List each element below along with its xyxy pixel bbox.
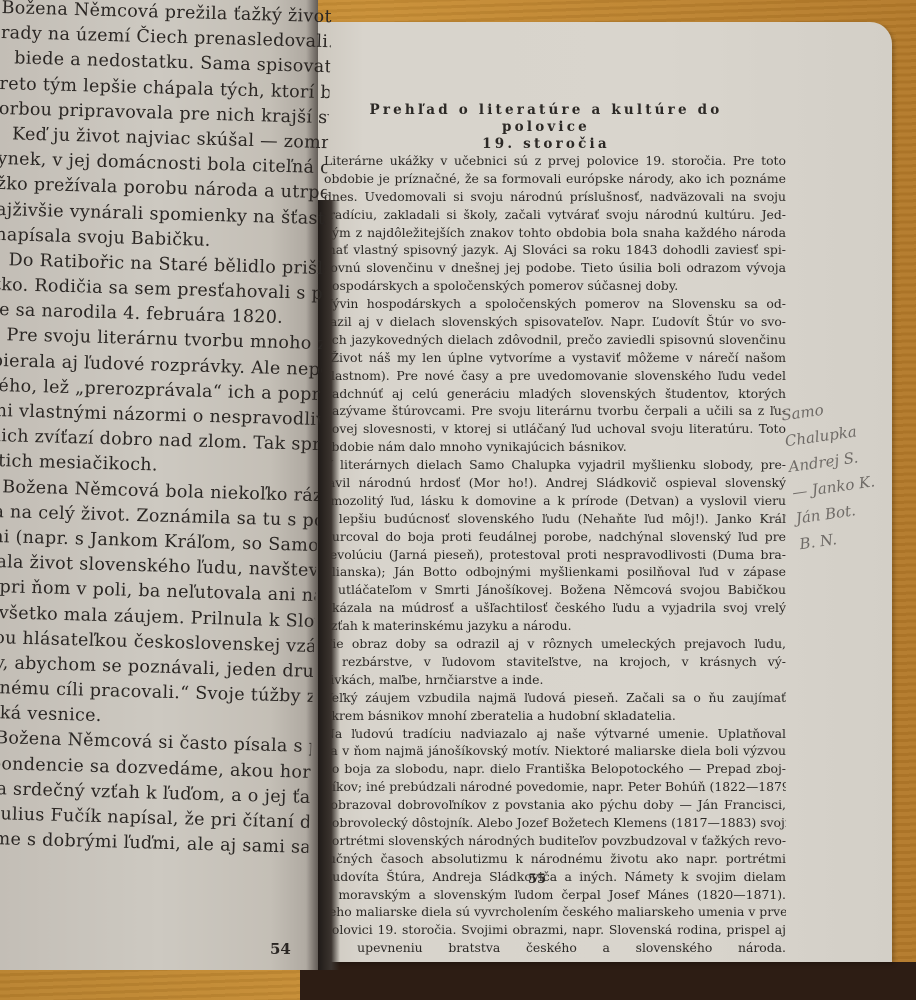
text-line: dlianska); Ján Botto odbojnými myšlienka… (324, 563, 786, 581)
text-line: dnes. Uvedomovali si svoju národnú prísl… (324, 188, 786, 206)
text-line: z moravským a slovenským ľudom čerpal Jo… (324, 886, 786, 904)
text-line: okrem básnikov mnohí zberatelia a hudobn… (324, 707, 786, 725)
text-line: polovici 19. storočia. Svojimi obrazmi, … (324, 921, 786, 939)
text-line: hospodárskych a spoločenských pomerov sú… (324, 277, 786, 295)
text-line: k upevneniu bratstva českého a slovenské… (324, 939, 786, 957)
text-line: revolúciu (Jarná pieseň), protestoval pr… (324, 546, 786, 564)
text-line: Vývin hospodárskych a spoločenských pome… (324, 295, 786, 313)
text-line: Literárne ukážky v učebnici sú z prvej p… (324, 152, 786, 170)
text-line: sovnú slovenčinu v dnešnej jej podobe. T… (324, 259, 786, 277)
text-line: lučných časoch absolutizmu k národnému ž… (324, 850, 786, 868)
page-number-left: 54 (270, 940, 291, 958)
text-line: portrétmi slovenských národných buditeľo… (324, 832, 786, 850)
left-page: Božena Němcová prežila ťažký život. Ajra… (0, 0, 318, 970)
text-line: do boja za slobodu, napr. dielo Františk… (324, 760, 786, 778)
left-page-body: Božena Němcová prežila ťažký život. Ajra… (0, 0, 332, 861)
book-shadow (300, 962, 916, 1000)
text-line: vlastnom). Pre nové časy a pre uvedomova… (324, 367, 786, 385)
text-line: vzťah k materinskému jazyku a národu. (324, 617, 786, 635)
text-line: ným z najdôležitejších znakov tohto obdo… (324, 224, 786, 242)
text-line: ukázala na múdrosť a ušľachtilosť českéh… (324, 599, 786, 617)
right-page-body: Literárne ukážky v učebnici sú z prvej p… (324, 152, 786, 957)
text-line: jich jazykovedných dielach zdôvodnil, pr… (324, 331, 786, 349)
text-line: Na ľudovú tradíciu nadviazalo aj naše vý… (324, 725, 786, 743)
text-line: nazývame štúrovcami. Pre svoju literárnu… (324, 402, 786, 420)
text-line: v rezbárstve, v ľudovom staviteľstve, na… (324, 653, 786, 671)
text-line: obdobie je príznačné, že sa formovali eu… (324, 170, 786, 188)
text-line: javil národnú hrdosť (Mor ho!). Andrej S… (324, 474, 786, 492)
handwritten-margin-notes: Samo ChalupkaAndrej S.— Janko K.Ján Bot.… (780, 389, 901, 557)
text-line: dobrovolecký dôstojník. Alebo Jozef Bože… (324, 814, 786, 832)
text-line: obdobie nám dalo mnoho vynikajúcich básn… (324, 438, 786, 456)
text-line: dovej slovesnosti, v ktorej si utláčaný … (324, 420, 786, 438)
text-line: nadchnúť aj celú generáciu mladých slove… (324, 385, 786, 403)
text-line: Veľký záujem vzbudila najmä ľudová piese… (324, 689, 786, 707)
text-line: burcoval do boja proti feudálnej porobe,… (324, 528, 786, 546)
text-line: „Život náš my len úplne vytvoríme a vyst… (324, 349, 786, 367)
text-line: V literárnych dielach Samo Chalupka vyja… (324, 456, 786, 474)
text-line: s utláčateľom v Smrti Jánošíkovej. Božen… (324, 581, 786, 599)
text-line: tradíciu, zakladali si školy, začali vyt… (324, 206, 786, 224)
text-line: Tie obraz doby sa odrazil aj v rôznych u… (324, 635, 786, 653)
text-line: zobrazoval dobrovoľníkov z povstania ako… (324, 796, 786, 814)
text-line: Jeho maliarske diela sú vyvrcholením čes… (324, 903, 786, 921)
text-line: sa v ňom najmä jánošíkovský motív. Niekt… (324, 742, 786, 760)
chapter-title-line1: Prehľad o literatúre a kultúre do polovi… (322, 102, 770, 136)
text-line: Ľudovíta Štúra, Andreja Sládkoviča a iný… (324, 868, 786, 886)
text-line: mať vlastný spisovný jazyk. Aj Slováci s… (324, 241, 786, 259)
page-number-right: 55 (528, 872, 546, 887)
chapter-title: Prehľad o literatúre a kultúre do polovi… (322, 102, 770, 153)
text-line: šivkách, maľbe, hrnčiarstve a inde. (324, 671, 786, 689)
text-line: v lepšiu budúcnosť slovenského ľudu (Neh… (324, 510, 786, 528)
text-line: razil aj v dielach slovenských spisovate… (324, 313, 786, 331)
chapter-title-line2: 19. storočia (322, 136, 770, 153)
text-line: níkov; iné prebúdzali národné povedomie,… (324, 778, 786, 796)
text-line: zmozolitý ľud, lásku k domovine a k prír… (324, 492, 786, 510)
